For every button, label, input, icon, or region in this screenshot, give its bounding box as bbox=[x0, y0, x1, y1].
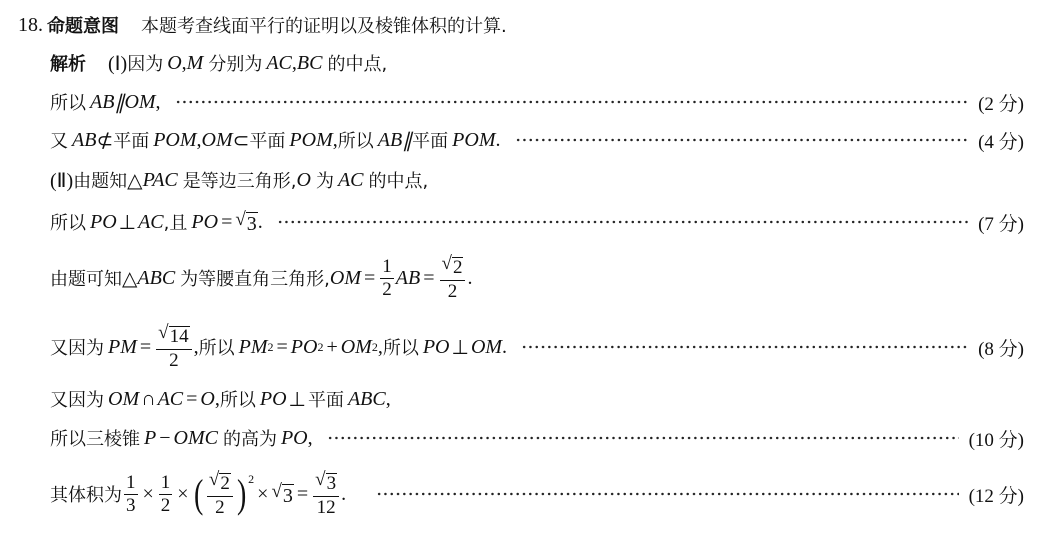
text: 是等边三角形, bbox=[183, 167, 297, 193]
denominator: 2 bbox=[382, 279, 392, 300]
math: OM bbox=[124, 91, 155, 114]
score-badge: (2 分) bbox=[978, 89, 1024, 116]
radical: √ bbox=[271, 481, 281, 503]
math: × bbox=[143, 483, 154, 506]
fraction: 12 bbox=[159, 473, 173, 516]
numerator: 1 bbox=[124, 473, 138, 494]
math: = bbox=[423, 267, 434, 290]
fraction: √142 bbox=[156, 323, 191, 371]
denominator: 2 bbox=[215, 497, 225, 518]
math: PO bbox=[90, 211, 117, 234]
math: BC bbox=[297, 52, 323, 75]
solution-line-2: 所以 AB∥OM, (2 分) bbox=[50, 85, 1024, 119]
text: 的中点, bbox=[369, 167, 429, 193]
score-badge: (7 分) bbox=[978, 209, 1024, 236]
math: = bbox=[186, 388, 197, 411]
math: PO bbox=[191, 211, 218, 234]
radicand: 3 bbox=[282, 484, 294, 507]
text: 平面 bbox=[412, 127, 448, 153]
text: 平面 bbox=[308, 386, 344, 412]
leader-dots bbox=[327, 436, 959, 440]
fraction: 13 bbox=[124, 473, 138, 516]
math: OM bbox=[202, 129, 233, 152]
math: PAC bbox=[143, 169, 178, 192]
math: AC bbox=[338, 169, 364, 192]
fraction: 12 bbox=[380, 257, 394, 300]
text: ,且 bbox=[164, 209, 188, 235]
math: AC bbox=[138, 211, 164, 234]
solution-line-6: 由题可知 △ABC 为等腰直角三角形, OM= 12 AB= √22. bbox=[50, 256, 1024, 300]
math: AB bbox=[396, 267, 420, 290]
math: PM bbox=[108, 336, 137, 359]
fraction: √312 bbox=[313, 470, 339, 518]
leader-dots bbox=[277, 220, 968, 224]
denominator: 2 bbox=[169, 350, 179, 371]
radical: √ bbox=[158, 323, 168, 343]
math: OM bbox=[471, 336, 502, 359]
radical: √ bbox=[235, 209, 245, 231]
math: OMC bbox=[174, 427, 218, 450]
score-badge: (8 分) bbox=[978, 334, 1024, 361]
exponent: 2 bbox=[268, 340, 274, 355]
solution-line-5: 所以 PO⊥AC,且 PO= √3. (7 分) bbox=[50, 205, 1024, 239]
math: − bbox=[159, 427, 170, 450]
text: 所以 bbox=[50, 209, 86, 235]
text: 又 bbox=[50, 127, 68, 153]
text: 所以 bbox=[50, 89, 86, 115]
punct: , bbox=[308, 427, 313, 450]
solution-line-1: 解析 (Ⅰ) 因为 O,M 分别为 AC,BC 的中点, bbox=[50, 46, 1024, 80]
text: 其体积为 bbox=[50, 481, 122, 507]
math: O bbox=[167, 52, 181, 75]
math: ABC bbox=[348, 388, 386, 411]
numerator: 1 bbox=[159, 473, 173, 494]
text: 分别为 bbox=[208, 50, 262, 76]
math: PO bbox=[423, 336, 450, 359]
text: 又因为 bbox=[50, 386, 104, 412]
text: 平面 bbox=[113, 127, 149, 153]
leader-dots bbox=[376, 492, 959, 496]
math: ABC bbox=[137, 267, 175, 290]
punct: . bbox=[502, 336, 507, 359]
math: POM bbox=[153, 129, 196, 152]
intent-label: 命题意图 bbox=[47, 12, 119, 38]
left-paren: ( bbox=[194, 474, 203, 514]
solution-line-9: 所以三棱锥 P−OMC 的高为 PO, (10 分) bbox=[50, 421, 1024, 455]
score-badge: (10 分) bbox=[969, 425, 1024, 452]
math: ∩ bbox=[141, 388, 155, 411]
text: 所以 bbox=[383, 334, 419, 360]
leader-dots bbox=[175, 100, 969, 104]
math: POM bbox=[289, 129, 332, 152]
score-badge: (12 分) bbox=[969, 481, 1024, 508]
math: OM bbox=[341, 336, 372, 359]
triangle-symbol: △ bbox=[127, 168, 142, 193]
text: 平面 bbox=[249, 127, 285, 153]
text: 所以 bbox=[220, 386, 256, 412]
math: PO bbox=[291, 336, 318, 359]
sqrt-expression: √3 bbox=[235, 209, 257, 235]
text: 为等腰直角三角形, bbox=[180, 265, 330, 291]
right-paren: ) bbox=[237, 474, 246, 514]
intent-text: 本题考查线面平行的证明以及棱锥体积的计算. bbox=[141, 12, 507, 38]
text: 所以 bbox=[199, 334, 235, 360]
text: 又因为 bbox=[50, 334, 104, 360]
math: PM bbox=[239, 336, 268, 359]
text: 由题知 bbox=[73, 167, 127, 193]
solution-line-8: 又因为 OM∩AC=O,所以 PO⊥平面 ABC, bbox=[50, 382, 1024, 416]
leader-dots bbox=[515, 138, 969, 142]
math: OM bbox=[108, 388, 139, 411]
text: 所以三棱锥 bbox=[50, 425, 140, 451]
problem-number: 18. bbox=[18, 14, 43, 37]
math: + bbox=[326, 336, 337, 359]
text: 的高为 bbox=[223, 425, 277, 451]
part-two-marker: (Ⅱ) bbox=[50, 168, 73, 193]
fraction: √22 bbox=[207, 470, 233, 518]
math: ∥ bbox=[114, 90, 124, 115]
math: = bbox=[277, 336, 288, 359]
math: ⊥ bbox=[119, 210, 136, 235]
leader-dots bbox=[521, 345, 968, 349]
math: ⊥ bbox=[452, 335, 469, 360]
exponent: 2 bbox=[248, 472, 254, 487]
radicand: 3 bbox=[326, 473, 338, 495]
math: AB bbox=[72, 129, 96, 152]
radical: √ bbox=[209, 470, 219, 490]
math: M bbox=[187, 52, 204, 75]
math: ⊂ bbox=[233, 128, 250, 153]
text: 为 bbox=[316, 167, 334, 193]
math: = bbox=[221, 211, 232, 234]
punct: . bbox=[258, 211, 263, 234]
math: AC bbox=[266, 52, 292, 75]
math: AB bbox=[378, 129, 402, 152]
math: ∥ bbox=[402, 128, 412, 153]
math: PO bbox=[260, 388, 287, 411]
radicand: 14 bbox=[169, 326, 190, 348]
solution-line-3: 又 AB⊄平面 POM,OM⊂平面 POM,所以 AB∥平面 POM. (4 分… bbox=[50, 123, 1024, 157]
punct: , bbox=[156, 91, 161, 114]
math: = bbox=[297, 483, 308, 506]
math: POM bbox=[452, 129, 495, 152]
math: AB bbox=[90, 91, 114, 114]
math: ⊄ bbox=[96, 128, 113, 153]
score-badge: (4 分) bbox=[978, 127, 1024, 154]
math: × bbox=[177, 483, 188, 506]
radicand: 3 bbox=[246, 212, 258, 235]
text: 由题可知 bbox=[50, 265, 122, 291]
fraction: √22 bbox=[440, 254, 466, 302]
denominator: 2 bbox=[448, 281, 458, 302]
solution-label: 解析 bbox=[50, 50, 86, 76]
solution-line-7: 又因为 PM= √142,所以 PM2= PO2+ OM2,所以 PO⊥OM. … bbox=[50, 324, 1024, 370]
math: O bbox=[297, 169, 311, 192]
denominator: 3 bbox=[126, 495, 136, 516]
radical: √ bbox=[315, 470, 325, 490]
punct: . bbox=[341, 483, 346, 506]
math: O bbox=[200, 388, 214, 411]
math: OM bbox=[330, 267, 361, 290]
punct: . bbox=[467, 267, 472, 290]
punct: . bbox=[496, 129, 501, 152]
sqrt-expression: √3 bbox=[271, 481, 293, 507]
solution-line-10: 其体积为 13 × 12 × ( √22 )2 × √3 = √312. (12… bbox=[50, 470, 1024, 518]
denominator: 12 bbox=[317, 497, 336, 518]
solution-line-4: (Ⅱ) 由题知 △PAC 是等边三角形, O 为 AC 的中点, bbox=[50, 163, 1024, 197]
math: × bbox=[257, 483, 268, 506]
radicand: 2 bbox=[219, 473, 231, 495]
math: ⊥ bbox=[289, 387, 306, 412]
math: P bbox=[144, 427, 156, 450]
radicand: 2 bbox=[452, 257, 464, 279]
text: 所以 bbox=[338, 127, 374, 153]
numerator: 1 bbox=[380, 257, 394, 278]
math: = bbox=[140, 336, 151, 359]
exponent: 2 bbox=[317, 340, 323, 355]
part-one-marker: (Ⅰ) bbox=[108, 51, 127, 76]
math: AC bbox=[158, 388, 184, 411]
triangle-symbol: △ bbox=[122, 266, 137, 291]
denominator: 2 bbox=[161, 495, 171, 516]
text: 的中点, bbox=[327, 50, 387, 76]
problem-header: 18. 命题意图 本题考查线面平行的证明以及棱锥体积的计算. bbox=[18, 8, 1024, 42]
punct: , bbox=[386, 388, 391, 411]
text: 因为 bbox=[127, 50, 163, 76]
math: = bbox=[364, 267, 375, 290]
math: PO bbox=[281, 427, 308, 450]
radical: √ bbox=[442, 254, 452, 274]
